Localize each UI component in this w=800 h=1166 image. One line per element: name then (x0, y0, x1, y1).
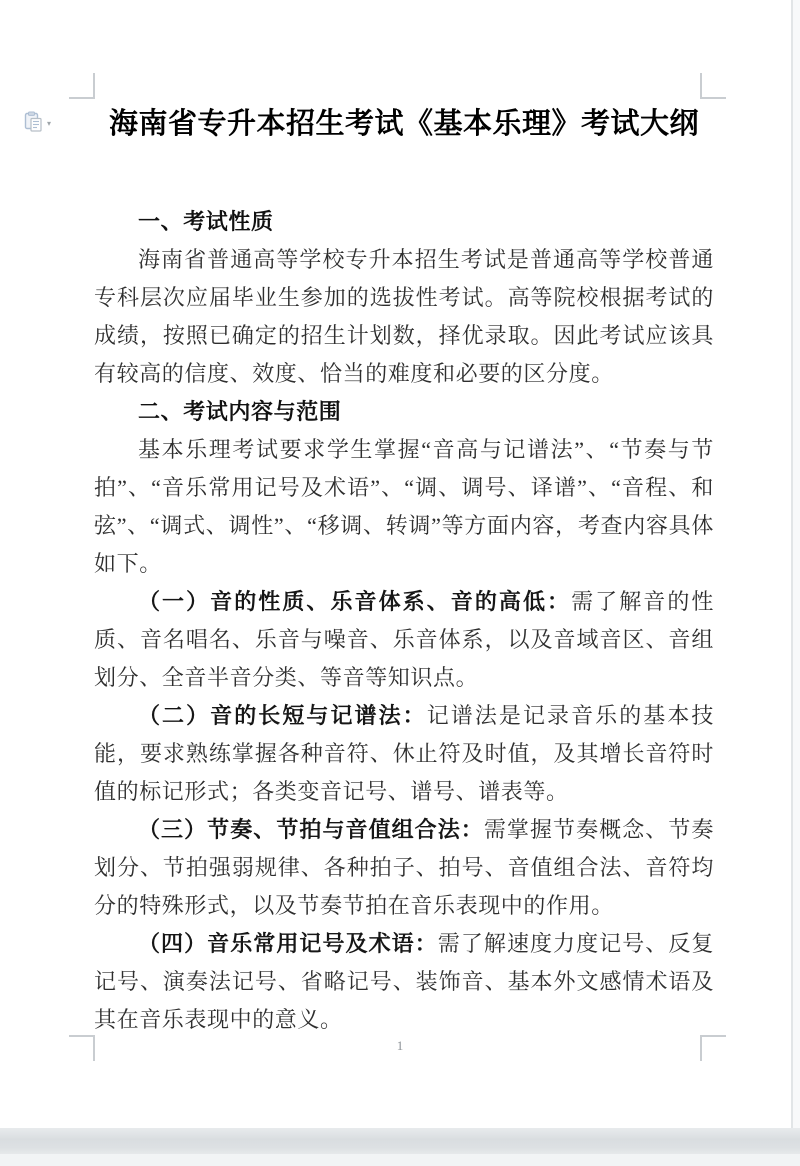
list-item-2-lead: （二）音的长短与记谱法： (138, 703, 427, 728)
list-item-4: （四）音乐常用记号及术语：需了解速度力度记号、反复记号、演奏法记号、省略记号、装… (94, 925, 714, 1039)
list-item-1: （一）音的性质、乐音体系、音的高低：需了解音的性质、音名唱名、乐音与噪音、乐音体… (94, 583, 714, 697)
text-column: 海南省专升本招生考试《基本乐理》考试大纲 一、考试性质 海南省普通高等学校专升本… (94, 101, 714, 1039)
paste-options-button[interactable]: ▾ (23, 111, 61, 137)
page-right-outside (793, 0, 800, 1130)
section-heading-1: 一、考试性质 (94, 203, 714, 241)
document-title: 海南省专升本招生考试《基本乐理》考试大纲 (94, 101, 714, 147)
chevron-down-icon: ▾ (47, 120, 51, 128)
margin-crop-mark-top-right (700, 73, 726, 99)
list-item-2: （二）音的长短与记谱法：记谱法是记录音乐的基本技能，要求熟练掌握各种音符、休止符… (94, 697, 714, 811)
list-item-3-lead: （三）节奏、节拍与音值组合法： (138, 817, 484, 842)
paste-options-icon (23, 111, 43, 138)
document-viewer: ▾ 海南省专升本招生考试《基本乐理》考试大纲 一、考试性质 海南省普通高等学校专… (0, 0, 800, 1166)
list-item-3: （三）节奏、节拍与音值组合法：需掌握节奏概念、节奏划分、节拍强弱规律、各种拍子、… (94, 811, 714, 925)
margin-crop-mark-top-left (69, 73, 95, 99)
page-gap-below (0, 1154, 800, 1166)
section-heading-2: 二、考试内容与范围 (94, 393, 714, 431)
page-number: 1 (0, 1038, 800, 1054)
document-body: 一、考试性质 海南省普通高等学校专升本招生考试是普通高等学校普通专科层次应届毕业… (94, 203, 714, 1039)
list-item-1-lead: （一）音的性质、乐音体系、音的高低： (138, 589, 571, 614)
page-gap-band (0, 1128, 800, 1154)
document-page: ▾ 海南省专升本招生考试《基本乐理》考试大纲 一、考试性质 海南省普通高等学校专… (0, 0, 800, 1128)
list-item-4-lead: （四）音乐常用记号及术语： (138, 931, 438, 956)
section-2-paragraph: 基本乐理考试要求学生掌握“音高与记谱法”、“节奏与节拍”、“音乐常用记号及术语”… (94, 431, 714, 583)
section-1-paragraph: 海南省普通高等学校专升本招生考试是普通高等学校普通专科层次应届毕业生参加的选拔性… (94, 241, 714, 393)
